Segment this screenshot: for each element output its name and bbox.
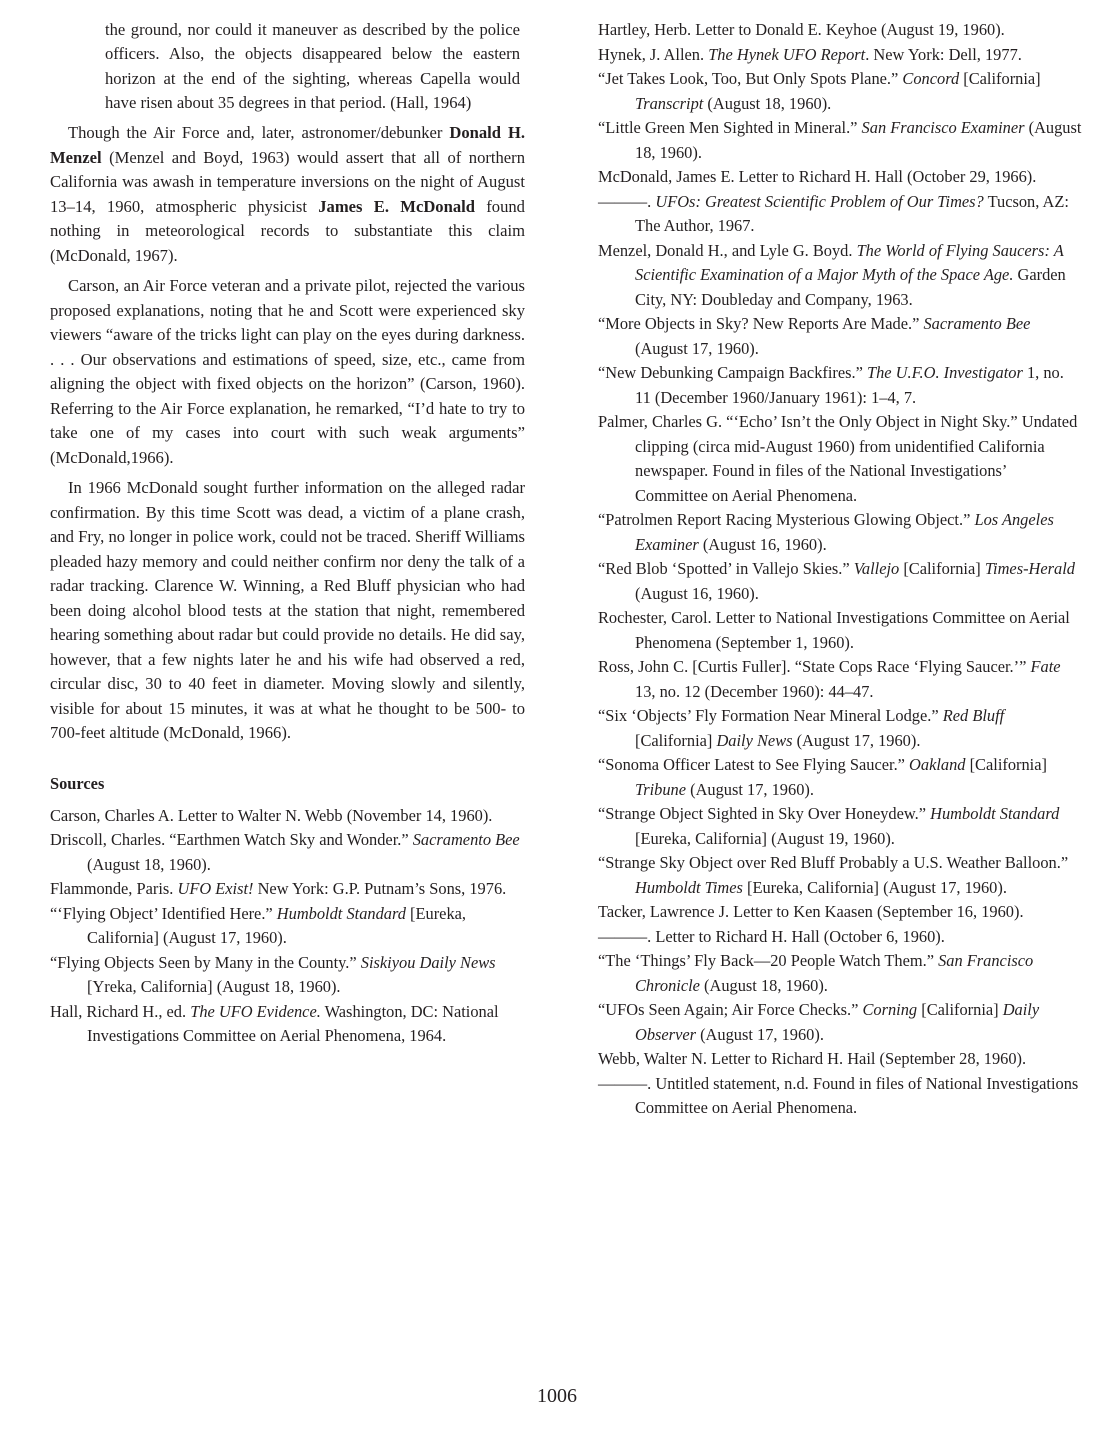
source-entry: McDonald, James E. Letter to Richard H. … <box>598 165 1083 190</box>
text-run: “New Debunking Campaign Backfires.” <box>598 363 867 382</box>
text-run: “Patrolmen Report Racing Mysterious Glow… <box>598 510 974 529</box>
italic-title: UFO Exist! <box>177 879 253 898</box>
text-run: [Yreka, California] (August 18, 1960). <box>87 977 341 996</box>
italic-title: Red Bluff <box>943 706 1004 725</box>
text-run: (August 18, 1960). <box>87 855 211 874</box>
body-paragraph-carson: Carson, an Air Force veteran and a priva… <box>50 274 525 470</box>
text-run: Webb, Walter N. Letter to Richard H. Hai… <box>598 1049 1026 1068</box>
italic-title: The UFO Evidence. <box>190 1002 321 1021</box>
source-entry: “Strange Sky Object over Red Bluff Proba… <box>598 851 1083 900</box>
source-entry: Menzel, Donald H., and Lyle G. Boyd. The… <box>598 239 1083 313</box>
source-entry: Tacker, Lawrence J. Letter to Ken Kaasen… <box>598 900 1083 925</box>
text-run: ———. <box>598 192 655 211</box>
text-run: McDonald, James E. Letter to Richard H. … <box>598 167 1036 186</box>
source-entry: Hartley, Herb. Letter to Donald E. Keyho… <box>598 18 1083 43</box>
text-run: 13, no. 12 (December 1960): 44–47. <box>635 682 874 701</box>
source-entry: “New Debunking Campaign Backfires.” The … <box>598 361 1083 410</box>
italic-title: Humboldt Standard <box>277 904 406 923</box>
text-run: the ground, nor could it maneuver as des… <box>105 20 520 112</box>
text-run: “‘Flying Object’ Identified Here.” <box>50 904 277 923</box>
text-run: Carson, an Air Force veteran and a priva… <box>50 276 525 467</box>
italic-title: Tribune <box>635 780 686 799</box>
italic-title: The U.F.O. Investigator <box>867 363 1023 382</box>
source-entry: Webb, Walter N. Letter to Richard H. Hai… <box>598 1047 1083 1072</box>
italic-title: UFOs: Greatest Scientific Problem of Our… <box>655 192 983 211</box>
source-entry: ———. Letter to Richard H. Hall (October … <box>598 925 1083 950</box>
source-entry: Driscoll, Charles. “Earthmen Watch Sky a… <box>50 828 525 877</box>
text-run: Tacker, Lawrence J. Letter to Ken Kaasen… <box>598 902 1024 921</box>
text-run: “The ‘Things’ Fly Back—20 People Watch T… <box>598 951 938 970</box>
text-run: “Strange Object Sighted in Sky Over Hone… <box>598 804 930 823</box>
text-run: “Little Green Men Sighted in Mineral.” <box>598 118 862 137</box>
text-run: (August 17, 1960). <box>635 339 759 358</box>
sources-heading: Sources <box>50 772 525 796</box>
italic-title: Daily News <box>716 731 792 750</box>
text-run: “Six ‘Objects’ Fly Formation Near Minera… <box>598 706 943 725</box>
source-entry: Rochester, Carol. Letter to National Inv… <box>598 606 1083 655</box>
text-run: (August 16, 1960). <box>635 584 759 603</box>
text-run: Menzel, Donald H., and Lyle G. Boyd. <box>598 241 857 260</box>
italic-title: Sacramento Bee <box>923 314 1030 333</box>
text-run: (August 18, 1960). <box>703 94 831 113</box>
italic-title: Times-Herald <box>985 559 1075 578</box>
text-run: “Red Blob ‘Spotted’ in Vallejo Skies.” <box>598 559 854 578</box>
block-quote: the ground, nor could it maneuver as des… <box>105 18 520 115</box>
text-run: [Eureka, California] (August 17, 1960). <box>743 878 1007 897</box>
source-entry: ———. Untitled statement, n.d. Found in f… <box>598 1072 1083 1121</box>
text-run: (August 17, 1960). <box>696 1025 824 1044</box>
left-column: the ground, nor could it maneuver as des… <box>50 18 525 1049</box>
text-run: New York: G.P. Putnam’s Sons, 1976. <box>254 879 507 898</box>
source-entry: Carson, Charles A. Letter to Walter N. W… <box>50 804 525 829</box>
text-run: [California] <box>959 69 1040 88</box>
text-run: Hynek, J. Allen. <box>598 45 708 64</box>
source-entry: “More Objects in Sky? New Reports Are Ma… <box>598 312 1083 361</box>
body-paragraph-mcdonald-1966: In 1966 McDonald sought further informat… <box>50 476 525 746</box>
text-run: Palmer, Charles G. “‘Echo’ Isn’t the Onl… <box>598 412 1077 505</box>
italic-title: Humboldt Times <box>635 878 743 897</box>
source-entry: “Six ‘Objects’ Fly Formation Near Minera… <box>598 704 1083 753</box>
source-entry: Hynek, J. Allen. The Hynek UFO Report. N… <box>598 43 1083 68</box>
text-run: Hartley, Herb. Letter to Donald E. Keyho… <box>598 20 1005 39</box>
text-run: “Jet Takes Look, Too, But Only Spots Pla… <box>598 69 902 88</box>
italic-title: Concord <box>902 69 959 88</box>
source-entry: “‘Flying Object’ Identified Here.” Humbo… <box>50 902 525 951</box>
text-run: Driscoll, Charles. “Earthmen Watch Sky a… <box>50 830 413 849</box>
source-entry: Palmer, Charles G. “‘Echo’ Isn’t the Onl… <box>598 410 1083 508</box>
sources-list-left: Carson, Charles A. Letter to Walter N. W… <box>50 804 525 1049</box>
source-entry: “Strange Object Sighted in Sky Over Hone… <box>598 802 1083 851</box>
text-run: “Strange Sky Object over Red Bluff Proba… <box>598 853 1068 872</box>
source-entry: “The ‘Things’ Fly Back—20 People Watch T… <box>598 949 1083 998</box>
italic-title: Humboldt Standard <box>930 804 1059 823</box>
italic-title: San Francisco Examiner <box>862 118 1025 137</box>
text-run: Though the Air Force and, later, astrono… <box>68 123 449 142</box>
italic-title: Siskiyou Daily News <box>361 953 496 972</box>
text-run: [California] <box>966 755 1047 774</box>
source-entry: “Red Blob ‘Spotted’ in Vallejo Skies.” V… <box>598 557 1083 606</box>
page-number: 1006 <box>0 1383 1114 1409</box>
text-run: “Flying Objects Seen by Many in the Coun… <box>50 953 361 972</box>
text-run: (August 17, 1960). <box>793 731 921 750</box>
source-entry: “Sonoma Officer Latest to See Flying Sau… <box>598 753 1083 802</box>
text-run: [California] <box>635 731 716 750</box>
bold-name: James E. McDonald <box>318 197 475 216</box>
italic-title: Vallejo <box>854 559 900 578</box>
text-run: ———. Untitled statement, n.d. Found in f… <box>598 1074 1078 1118</box>
text-run: Carson, Charles A. Letter to Walter N. W… <box>50 806 492 825</box>
text-run: (August 17, 1960). <box>686 780 814 799</box>
text-run: (August 18, 1960). <box>700 976 828 995</box>
text-run: ———. Letter to Richard H. Hall (October … <box>598 927 945 946</box>
text-run: Rochester, Carol. Letter to National Inv… <box>598 608 1070 652</box>
text-run: “Sonoma Officer Latest to See Flying Sau… <box>598 755 909 774</box>
text-run: In 1966 McDonald sought further informat… <box>50 478 525 742</box>
body-paragraph-menzel: Though the Air Force and, later, astrono… <box>50 121 525 268</box>
source-entry: “Flying Objects Seen by Many in the Coun… <box>50 951 525 1000</box>
italic-title: Oakland <box>909 755 965 774</box>
source-entry: Flammonde, Paris. UFO Exist! New York: G… <box>50 877 525 902</box>
text-run: [California] <box>917 1000 1003 1019</box>
text-run: Ross, John C. [Curtis Fuller]. “State Co… <box>598 657 1031 676</box>
source-entry: “Little Green Men Sighted in Mineral.” S… <box>598 116 1083 165</box>
source-entry: “UFOs Seen Again; Air Force Checks.” Cor… <box>598 998 1083 1047</box>
text-run: [California] <box>899 559 985 578</box>
italic-title: Fate <box>1031 657 1061 676</box>
source-entry: “Jet Takes Look, Too, But Only Spots Pla… <box>598 67 1083 116</box>
sources-list-right: Hartley, Herb. Letter to Donald E. Keyho… <box>598 18 1083 1121</box>
text-run: Flammonde, Paris. <box>50 879 177 898</box>
text-run: . New York: Dell, 1977. <box>865 45 1022 64</box>
source-entry: Hall, Richard H., ed. The UFO Evidence. … <box>50 1000 525 1049</box>
source-entry: “Patrolmen Report Racing Mysterious Glow… <box>598 508 1083 557</box>
text-run: “More Objects in Sky? New Reports Are Ma… <box>598 314 923 333</box>
text-run: (August 16, 1960). <box>699 535 827 554</box>
text-run: Hall, Richard H., ed. <box>50 1002 190 1021</box>
italic-title: Sacramento Bee <box>413 830 520 849</box>
source-entry: Ross, John C. [Curtis Fuller]. “State Co… <box>598 655 1083 704</box>
text-run: [Eureka, California] (August 19, 1960). <box>635 829 895 848</box>
right-column: Hartley, Herb. Letter to Donald E. Keyho… <box>598 18 1083 1121</box>
text-run: “UFOs Seen Again; Air Force Checks.” <box>598 1000 862 1019</box>
italic-title: Corning <box>862 1000 917 1019</box>
italic-title: The Hynek UFO Report <box>708 45 865 64</box>
source-entry: ———. UFOs: Greatest Scientific Problem o… <box>598 190 1083 239</box>
italic-title: Transcript <box>635 94 703 113</box>
